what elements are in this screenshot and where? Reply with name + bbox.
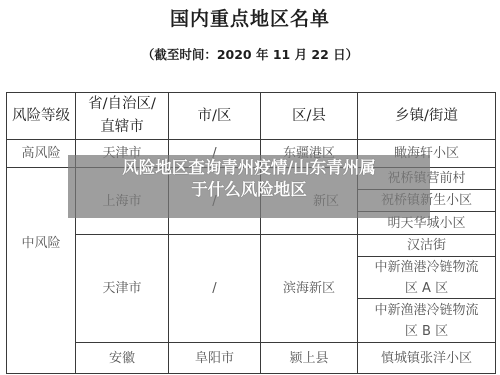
header-city: 市/区: [169, 93, 260, 139]
cell-risk-medium: 中风险: [7, 168, 75, 318]
cell-county: 滨海新区: [261, 235, 357, 342]
header-province: 省/自治区/ 直辖市: [76, 93, 168, 139]
cell-town-line: 区 B 区: [405, 321, 448, 342]
cell-town: 慎城镇张洋小区: [358, 343, 495, 373]
cell-province: 天津市: [76, 235, 168, 342]
cell-risk-high: 高风险: [7, 140, 75, 167]
cell-county: 颍上县: [261, 343, 357, 373]
header-risk-level: 风险等级: [7, 93, 75, 139]
cell-town-line: 中新渔港冷链物流: [374, 300, 478, 321]
header-province-line2: 直辖市: [100, 116, 144, 139]
header-town: 乡镇/街道: [358, 93, 495, 139]
cell-city: 阜阳市: [169, 343, 260, 373]
grid-line: [6, 373, 496, 374]
caption-line-2: 于什么风险地区: [68, 179, 430, 201]
cell-city: /: [169, 235, 260, 342]
cell-town: 中新渔港冷链物流 区 B 区: [358, 299, 495, 342]
header-county: 区/县: [261, 93, 357, 139]
cell-town: 汉沽街: [358, 235, 495, 256]
cell-province: 安徽: [76, 343, 168, 373]
caption-line-1: 风险地区查询青州疫情/山东青州属: [68, 157, 430, 179]
cell-town-line: 区 A 区: [405, 278, 448, 299]
cell-town: 中新渔港冷链物流 区 A 区: [358, 257, 495, 298]
caption-overlay-text: 风险地区查询青州疫情/山东青州属 于什么风险地区: [68, 157, 430, 201]
grid-line: [495, 92, 496, 374]
header-province-line1: 省/自治区/: [88, 93, 156, 116]
cell-town-line: 中新渔港冷链物流: [374, 257, 478, 278]
